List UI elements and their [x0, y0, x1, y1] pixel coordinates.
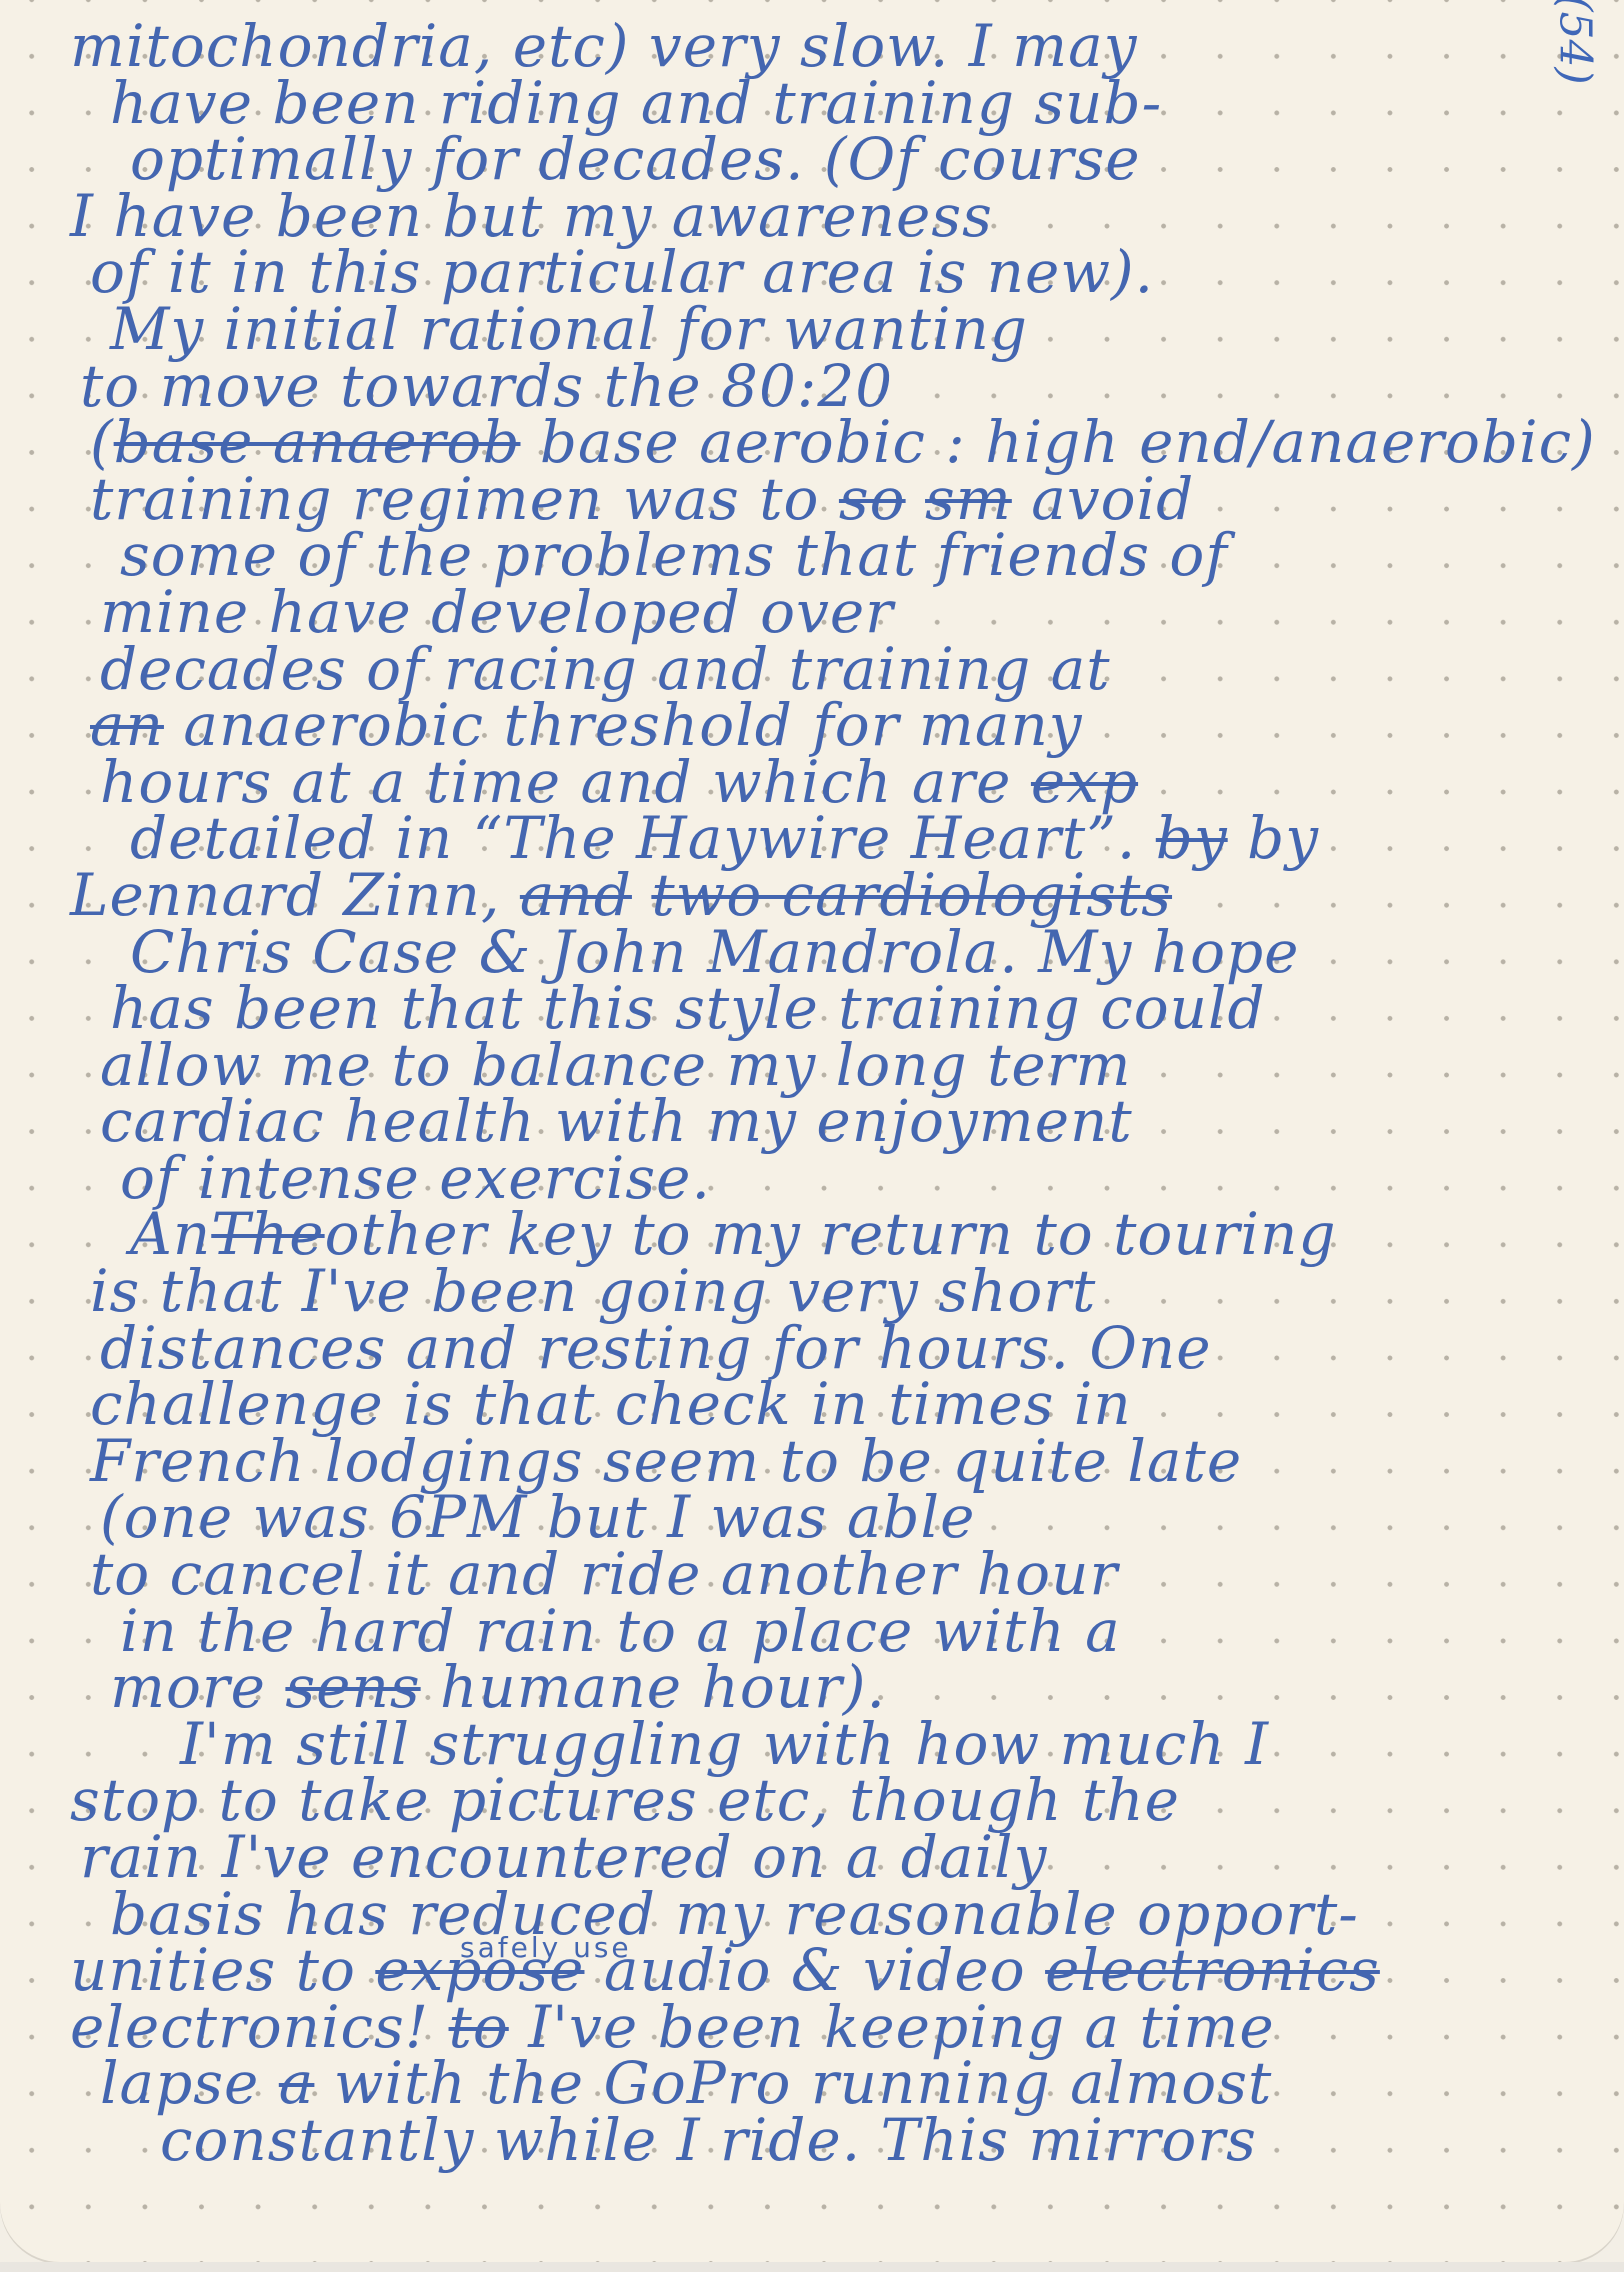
text-line: (base anaerob base aerobic : high end/an… [70, 414, 1570, 471]
text-line: basis has reduced my reasonable opport- [70, 1886, 1570, 1943]
handwritten-text: mitochondria, etc) very slow. I mayhave … [70, 18, 1570, 2169]
text-line: an anaerobic threshold for many [70, 697, 1570, 754]
text-line: to move towards the 80:20 [70, 358, 1570, 415]
text-segment: constantly while I ride. This mirrors [160, 2106, 1257, 2174]
text-line: some of the problems that friends of [70, 527, 1570, 584]
text-line: hours at a time and which are exp [70, 754, 1570, 811]
text-line: constantly while I ride. This mirrors [70, 2112, 1570, 2169]
text-segment: by [1228, 804, 1319, 872]
text-line: French lodgings seem to be quite late [70, 1433, 1570, 1490]
text-line: training regimen was to so sm avoid [70, 471, 1570, 528]
text-line: distances and resting for hours. One [70, 1320, 1570, 1377]
text-line: I have been but my awareness [70, 188, 1570, 245]
scan-edge [0, 2262, 1624, 2272]
notebook-page: (54) mitochondria, etc) very slow. I may… [0, 0, 1624, 2262]
text-line: of it in this particular area is new). [70, 244, 1570, 301]
text-line: I'm still struggling with how much I [70, 1716, 1570, 1773]
insertion-note: safely use [460, 1920, 632, 1977]
text-line: cardiac health with my enjoyment [70, 1093, 1570, 1150]
text-line: mine have developed over [70, 584, 1570, 641]
text-line: more sens humane hour). [70, 1659, 1570, 1716]
text-line: decades of racing and training at [70, 641, 1570, 698]
text-line: is that I've been going very short [70, 1263, 1570, 1320]
text-line: (one was 6PM but I was able [70, 1489, 1570, 1546]
text-line: My initial rational for wanting [70, 301, 1570, 358]
text-line: electronics! to I've been keeping a time [70, 1999, 1570, 2056]
text-line: mitochondria, etc) very slow. I may [70, 18, 1570, 75]
text-line: have been riding and training sub- [70, 75, 1570, 132]
text-line: Chris Case & John Mandrola. My hope [70, 924, 1570, 981]
text-line: in the hard rain to a place with a [70, 1603, 1570, 1660]
text-line: of intense exercise. [70, 1150, 1570, 1207]
text-line: has been that this style training could [70, 980, 1570, 1037]
text-line: lapse a with the GoPro running almost [70, 2055, 1570, 2112]
text-line: allow me to balance my long term [70, 1037, 1570, 1094]
text-line: rain I've encountered on a daily [70, 1829, 1570, 1886]
text-line: optimally for decades. (Of course [70, 131, 1570, 188]
text-line: AnTheother key to my return to touring [70, 1206, 1570, 1263]
text-line: stop to take pictures etc, though the [70, 1772, 1570, 1829]
text-line: detailed in “The Haywire Heart”. by by [70, 810, 1570, 867]
text-line: Lennard Zinn, and two cardiologists [70, 867, 1570, 924]
text-line: unities to expose audio & video electron… [70, 1942, 1570, 1999]
text-line: challenge is that check in times in [70, 1376, 1570, 1433]
text-line: to cancel it and ride another hour [70, 1546, 1570, 1603]
